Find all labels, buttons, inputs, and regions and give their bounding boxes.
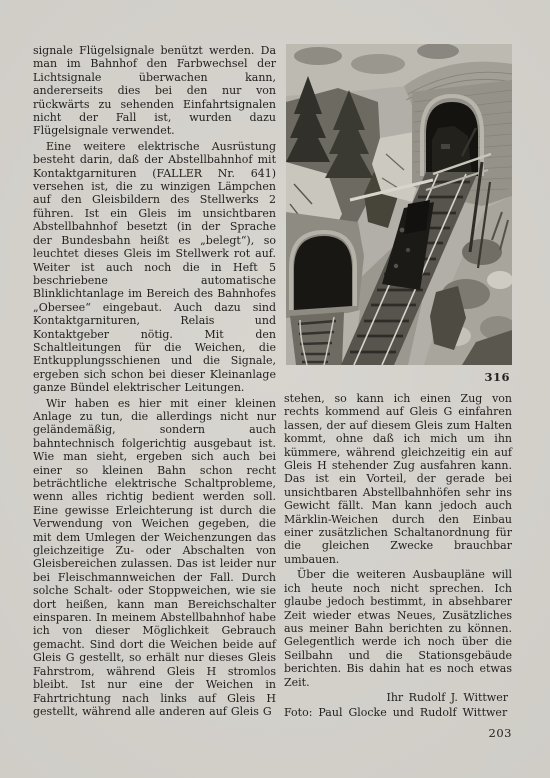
book-page: signale Flügelsignale benützt werden. Da… [0,0,550,778]
model-railway-photo-illustration [286,44,512,365]
right-text-column: stehen, so kann ich einen Zug von rechts… [284,392,512,720]
body-paragraph: Wir haben es hier mit einer kleinen Anla… [33,397,276,719]
body-paragraph: Eine weitere elektrische Ausrüstung best… [33,140,276,395]
body-paragraph: signale Flügelsignale benützt werden. Da… [33,44,276,138]
model-railway-photo [286,44,512,365]
figure-number: 316 [286,370,510,384]
left-text-column: signale Flügelsignale benützt werden. Da… [33,44,276,718]
photo-credit: Foto: Paul Glocke und Rudolf Wittwer [284,706,512,719]
body-paragraph: Über die weiteren Ausbaupläne will ich h… [284,568,512,689]
author-signature: Ihr Rudolf J. Wittwer [284,691,508,704]
body-paragraph: stehen, so kann ich einen Zug von rechts… [284,392,512,566]
page-number: 203 [284,726,512,740]
